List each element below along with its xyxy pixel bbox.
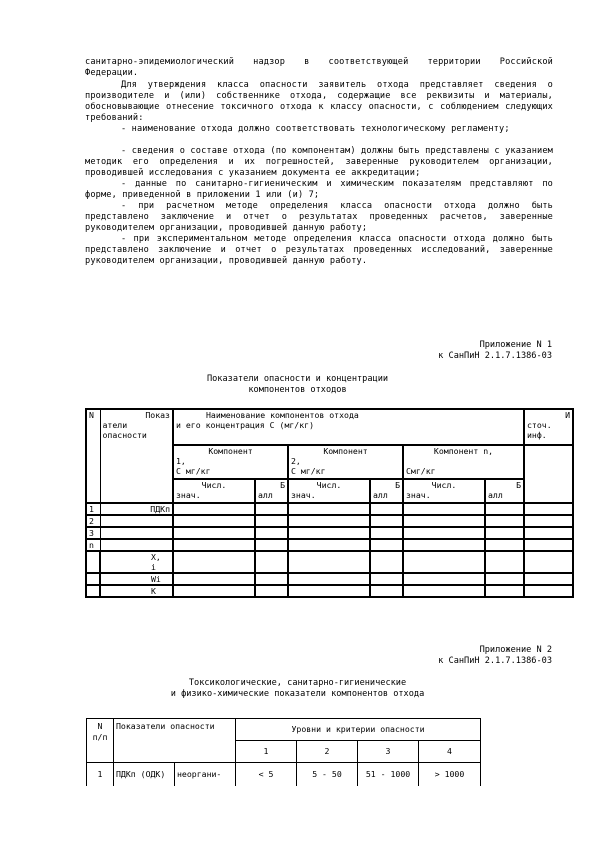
- header-indicators-line-1: Показ: [103, 410, 171, 420]
- sub-score-n-line-1: Б: [488, 480, 521, 490]
- requirement-item-1: - наименование отхода должно соответство…: [85, 124, 553, 135]
- table-row: 1 ПДКп: [86, 503, 573, 515]
- requirements-intro-paragraph: Для утверждения класса опасности заявите…: [85, 80, 553, 124]
- header-n-pp: N п/п: [87, 719, 114, 763]
- appendix-2-title: Токсикологические, санитарно-гигиеническ…: [0, 678, 595, 700]
- cell: [173, 585, 255, 597]
- document-page: санитарно-эпидемиологический надзор в со…: [0, 0, 595, 842]
- cell: [403, 585, 485, 597]
- header-n: N: [86, 409, 100, 503]
- header-indicators-line-2: атели: [103, 420, 171, 430]
- sub-score-1: Балл: [255, 479, 288, 503]
- header-source-line-1: И: [527, 410, 570, 420]
- cell: [403, 551, 485, 573]
- header-n: N: [89, 721, 111, 732]
- header-level-3: 3: [358, 741, 419, 763]
- row-level-2: 5 - 50: [297, 763, 358, 787]
- sub-score-2: Балл: [370, 479, 403, 503]
- table-row: 1 ПДКп (ОДК) неоргани- < 5 5 - 50 51 - 1…: [87, 763, 481, 787]
- row-n: [86, 573, 100, 585]
- cell: [288, 585, 370, 597]
- cell: [173, 515, 255, 527]
- cell: [255, 573, 288, 585]
- header-level-4: 4: [419, 741, 481, 763]
- row-n: 1: [87, 763, 114, 787]
- table-row: Х, i: [86, 551, 573, 573]
- cell: [403, 539, 485, 551]
- appendix-2-title-line-1: Токсикологические, санитарно-гигиеническ…: [0, 678, 595, 689]
- cell: [288, 551, 370, 573]
- sub-num-1: Числ.знач.: [173, 479, 255, 503]
- cell: [370, 585, 403, 597]
- row-indicator: K: [100, 585, 173, 597]
- sub-num-2-line-2: знач.: [291, 490, 367, 500]
- appendix-1-title-line-2: компонентов отходов: [0, 385, 595, 396]
- header-source-empty: [524, 445, 573, 503]
- cell: [255, 585, 288, 597]
- table-row: Wi: [86, 573, 573, 585]
- row-n: [86, 551, 100, 573]
- cell: [524, 551, 573, 573]
- requirement-item-3: - данные по санитарно-гигиеническим и хи…: [85, 179, 553, 201]
- header-level-2: 2: [297, 741, 358, 763]
- intro-line-1: санитарно-эпидемиологический надзор в со…: [85, 57, 553, 68]
- cell: [485, 551, 524, 573]
- requirement-item-4: - при расчетном методе определения класс…: [85, 201, 553, 234]
- intro-line-2: Федерации.: [85, 68, 553, 79]
- row-n: n: [86, 539, 100, 551]
- row-indicator: [100, 515, 173, 527]
- cell: [173, 573, 255, 585]
- row-indicator: ПДКп: [100, 503, 173, 515]
- header-level-1: 1: [236, 741, 297, 763]
- cell: [288, 527, 370, 539]
- appendix-2-reference: к СанПиН 2.1.7.1386-03: [438, 656, 552, 667]
- cell: [485, 573, 524, 585]
- header-component-names-line-2: и его концентрация С (мг/кг): [176, 420, 521, 430]
- hazard-indicators-table: N Показ атели опасности Наименование ком…: [85, 408, 574, 598]
- component-n-index: [406, 456, 521, 466]
- cell: [485, 585, 524, 597]
- row-level-3: 51 - 1000: [358, 763, 419, 787]
- header-source: И сточ. инф.: [524, 409, 573, 445]
- appendix-2-title-line-2: и физико-химические показатели компонент…: [0, 689, 595, 700]
- cell: [403, 527, 485, 539]
- header-hazard-indicators: Показатели опасности: [114, 719, 236, 763]
- header-indicators: Показ атели опасности: [100, 409, 173, 503]
- cell: [288, 539, 370, 551]
- cell: [255, 515, 288, 527]
- cell: [370, 503, 403, 515]
- component-2-title: Компонент: [291, 446, 400, 456]
- row-level-1: < 5: [236, 763, 297, 787]
- sub-score-n: Балл: [485, 479, 524, 503]
- sub-num-1-line-1: Числ.: [176, 480, 252, 490]
- header-hazard-levels: Уровни и критерии опасности: [236, 719, 481, 741]
- cell: [255, 527, 288, 539]
- sub-score-1-line-1: Б: [258, 480, 285, 490]
- component-2-unit: С мг/кг: [291, 466, 400, 476]
- header-source-line-3: инф.: [527, 430, 570, 440]
- header-component-names: Наименование компонентов отхода и его ко…: [173, 409, 524, 445]
- cell: [370, 551, 403, 573]
- appendix-1-number: Приложение N 1: [438, 340, 552, 351]
- row-level-4: > 1000: [419, 763, 481, 787]
- cell: [370, 573, 403, 585]
- cell: [403, 573, 485, 585]
- component-1-unit: С мг/кг: [176, 466, 285, 476]
- cell: [255, 551, 288, 573]
- cell: [173, 527, 255, 539]
- cell: [288, 515, 370, 527]
- header-indicators-line-3: опасности: [103, 430, 171, 440]
- cell: [485, 527, 524, 539]
- sub-num-n: Числ.знач.: [403, 479, 485, 503]
- cell: [524, 585, 573, 597]
- header-component-names-line-1: Наименование компонентов отхода: [176, 410, 521, 420]
- intro-paragraph: санитарно-эпидемиологический надзор в со…: [85, 57, 553, 79]
- appendix-2-number: Приложение N 2: [438, 645, 552, 656]
- cell: [524, 515, 573, 527]
- cell: [403, 515, 485, 527]
- component-2-index: 2,: [291, 456, 400, 466]
- row-indicator: [100, 527, 173, 539]
- cell: [485, 515, 524, 527]
- row-indicator: [100, 539, 173, 551]
- component-1-title: Компонент: [176, 446, 285, 456]
- header-component-2: Компонент 2, С мг/кг: [288, 445, 403, 479]
- cell: [524, 503, 573, 515]
- row-n: [86, 585, 100, 597]
- component-1-index: 1,: [176, 456, 285, 466]
- appendix-2-label: Приложение N 2 к СанПиН 2.1.7.1386-03: [438, 645, 552, 667]
- cell: [524, 573, 573, 585]
- cell: [370, 527, 403, 539]
- cell: [403, 503, 485, 515]
- table-row: 2: [86, 515, 573, 527]
- sub-num-2: Числ.знач.: [288, 479, 370, 503]
- cell: [370, 515, 403, 527]
- header-component-1: Компонент 1, С мг/кг: [173, 445, 288, 479]
- cell: [255, 503, 288, 515]
- sub-num-n-line-1: Числ.: [406, 480, 482, 490]
- cell: [370, 539, 403, 551]
- cell: [255, 539, 288, 551]
- row-n: 2: [86, 515, 100, 527]
- appendix-1-label: Приложение N 1 к СанПиН 2.1.7.1386-03: [438, 340, 552, 362]
- table-row: n: [86, 539, 573, 551]
- header-pp: п/п: [89, 732, 111, 743]
- sub-score-1-line-2: алл: [258, 490, 285, 500]
- appendix-1-reference: к СанПиН 2.1.7.1386-03: [438, 351, 552, 362]
- component-n-title: Компонент n,: [406, 446, 521, 456]
- cell: [173, 503, 255, 515]
- row-n: 1: [86, 503, 100, 515]
- cell: [524, 527, 573, 539]
- sub-num-n-line-2: знач.: [406, 490, 482, 500]
- requirement-item-5: - при экспериментальном методе определен…: [85, 234, 553, 267]
- sub-score-2-line-2: алл: [373, 490, 400, 500]
- sub-num-1-line-2: знач.: [176, 490, 252, 500]
- sub-score-2-line-1: Б: [373, 480, 400, 490]
- cell: [288, 503, 370, 515]
- cell: [524, 539, 573, 551]
- row-indicator-sub: неоргани-: [175, 763, 236, 787]
- cell: [173, 551, 255, 573]
- cell: [173, 539, 255, 551]
- table-row: 3: [86, 527, 573, 539]
- table-row: K: [86, 585, 573, 597]
- sub-num-2-line-1: Числ.: [291, 480, 367, 490]
- header-component-n: Компонент n, Смг/кг: [403, 445, 524, 479]
- row-indicator: ПДКп (ОДК): [114, 763, 175, 787]
- cell: [485, 503, 524, 515]
- cell: [288, 573, 370, 585]
- row-indicator: Х, i: [100, 551, 173, 573]
- header-source-line-2: сточ.: [527, 420, 570, 430]
- toxicological-indicators-table: N п/п Показатели опасности Уровни и крит…: [86, 718, 481, 786]
- cell: [485, 539, 524, 551]
- row-n: 3: [86, 527, 100, 539]
- appendix-1-title-line-1: Показатели опасности и концентрации: [0, 374, 595, 385]
- component-n-unit: Смг/кг: [406, 466, 521, 476]
- sub-score-n-line-2: алл: [488, 490, 521, 500]
- requirement-item-2: - сведения о составе отхода (по компонен…: [85, 146, 553, 179]
- appendix-1-title: Показатели опасности и концентрации комп…: [0, 374, 595, 396]
- row-indicator: Wi: [100, 573, 173, 585]
